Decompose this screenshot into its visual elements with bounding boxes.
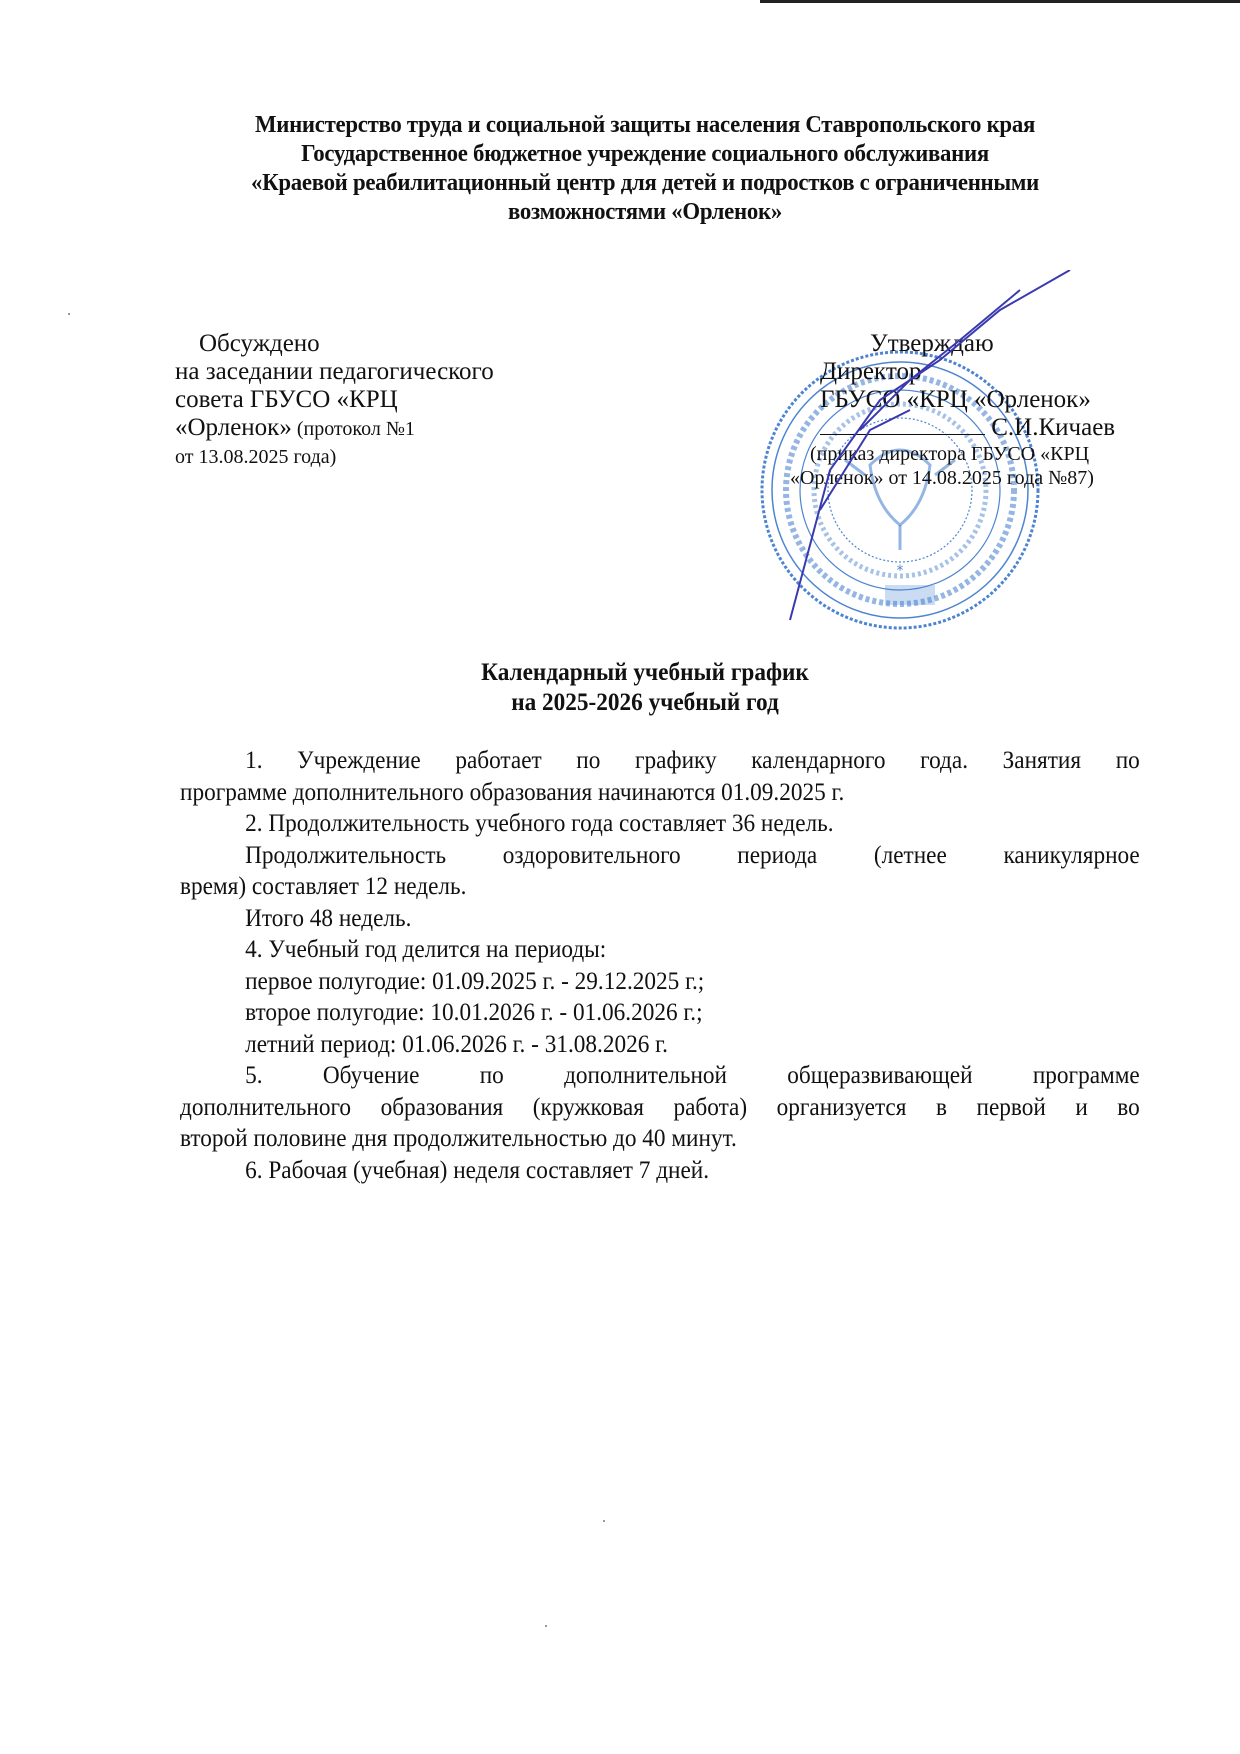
discussed-title: Обсуждено [175,330,494,358]
item-6: 6. Рабочая (учебная) неделя составляет 7… [180,1155,1140,1187]
protocol-number: (протокол №1 [292,418,415,440]
period-first-half: первое полугодие: 01.09.2025 г. - 29.12.… [180,966,1140,998]
item-3-line-1: Продолжительность оздоровительного перио… [180,840,1140,872]
document-body: 1. Учреждение работает по графику календ… [180,745,1140,1186]
title-line-2: на 2025-2026 учебный год [185,688,1106,718]
org-name: «Орленок» [175,414,292,441]
title-line-1: Календарный учебный график [185,658,1106,688]
item-2: 2. Продолжительность учебного года соста… [180,808,1140,840]
item-5-line-1: 5. Обучение по дополнительной общеразвив… [180,1060,1140,1092]
scan-speck [68,313,70,315]
period-summer: летний период: 01.06.2026 г. - 31.08.202… [180,1029,1140,1061]
item-1-line-1: 1. Учреждение работает по графику календ… [180,745,1140,777]
header-line-center: «Краевой реабилитационный центр для дете… [185,168,1106,197]
item-5-line-2: дополнительного образования (кружковая р… [180,1092,1140,1124]
document-title: Календарный учебный график на 2025-2026 … [185,658,1106,718]
scan-edge [760,0,1240,3]
item-3-line-2: время) составляет 12 недель. [180,871,1140,903]
header-line-ministry: Министерство труда и социальной защиты н… [185,110,1106,139]
item-5-line-3: второй половине дня продолжительностью д… [180,1123,1140,1155]
header-line-name: возможностями «Орленок» [185,197,1106,226]
protocol-date: от 13.08.2025 года) [175,443,494,471]
scan-speck [603,1520,605,1522]
discussed-line-3: «Орленок» (протокол №1 [175,414,494,443]
discussed-block: Обсуждено на заседании педагогического с… [175,330,494,471]
organization-header: Министерство труда и социальной защиты н… [185,110,1106,226]
discussed-line-1: на заседании педагогического [175,358,494,386]
discussed-line-2: совета ГБУСО «КРЦ [175,386,494,414]
header-line-institution: Государственное бюджетное учреждение соц… [185,139,1106,168]
item-1-line-2: программе дополнительного образования на… [180,777,1140,809]
signature-icon [760,270,1080,640]
period-second-half: второе полугодие: 10.01.2026 г. - 01.06.… [180,997,1140,1029]
scan-speck [545,1625,547,1627]
total-weeks: Итого 48 недель. [180,903,1140,935]
item-4: 4. Учебный год делится на периоды: [180,934,1140,966]
